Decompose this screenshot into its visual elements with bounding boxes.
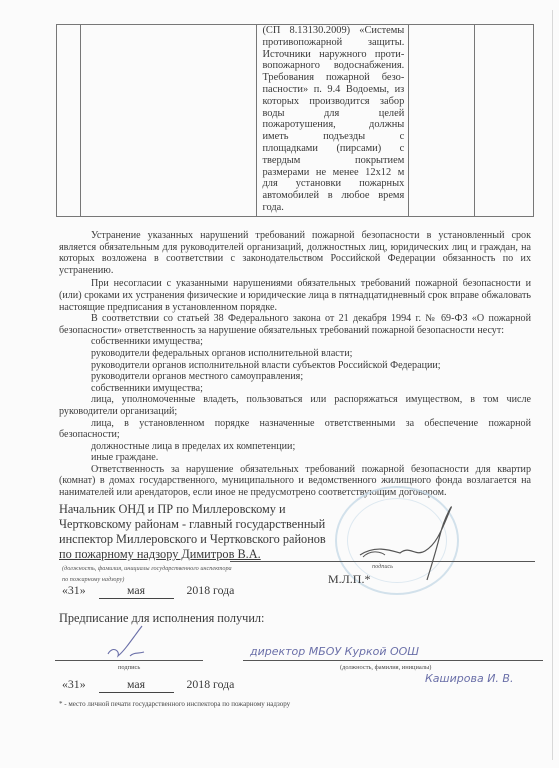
list-item: должностные лица в пределах их компетенц… <box>59 441 531 453</box>
inspector-line: Начальник ОНД и ПР по Миллеровскому и <box>59 502 326 517</box>
inspector-hint: по пожарному надзору) <box>62 576 124 583</box>
responsible-list: собственники имущества;руководители феде… <box>59 336 531 464</box>
violations-table: (СП 8.13130.2009) «Системыпротивопожарно… <box>56 24 534 217</box>
regulation-line: твердым покрытием <box>262 155 404 167</box>
regulation-line: пасности» п. 9.4 Водоемы, из <box>262 84 404 96</box>
cell-regulation: (СП 8.13130.2009) «Системыпротивопожарно… <box>257 25 409 217</box>
list-item: лица, в установленном порядке назначенны… <box>59 418 531 441</box>
list-item: собственники имущества; <box>59 336 531 348</box>
page-edge <box>552 10 553 760</box>
date-month: мая <box>99 583 174 599</box>
list-item: руководители органов исполнительной влас… <box>59 360 531 372</box>
regulation-line: для установки пожарных <box>262 178 404 190</box>
body-text: Устранение указанных нарушений требовани… <box>59 230 531 499</box>
stamp-label: М.Л.П.* <box>328 572 370 587</box>
regulation-line: автомобилей в любое время <box>262 190 404 202</box>
inspector-signature-icon <box>355 495 465 585</box>
regulation-line: иметь подъезды с <box>262 131 404 143</box>
list-item: иные граждане. <box>59 452 531 464</box>
regulation-line: года. <box>262 202 404 214</box>
recipient-heading: Предписание для исполнения получил: <box>59 611 264 626</box>
list-item: собственники имущества; <box>59 383 531 395</box>
regulation-line: пожаротушения, должны <box>262 119 404 131</box>
cell-violation <box>80 25 257 217</box>
regulation-line: противопожарной защиты. <box>262 37 404 49</box>
inspector-line: инспектор Миллеровского и Чертковского р… <box>59 532 326 547</box>
regulation-line: Требования пожарной безо- <box>262 72 404 84</box>
date-day: «31» <box>62 677 86 691</box>
recipient-name: Каширова И. В. <box>425 672 513 685</box>
regulation-line: площадками (пирсами) с <box>262 143 404 155</box>
recipient-signature-icon <box>100 622 160 662</box>
inspector-hint: (должность, фамилия, инициалы государств… <box>62 565 232 572</box>
paragraph-law: В соответствии со статьей 38 Федеральног… <box>59 313 531 336</box>
table-row: (СП 8.13130.2009) «Системыпротивопожарно… <box>57 25 534 217</box>
date-year: 2018 года <box>187 677 235 691</box>
recipient-position: директор МБОУ Куркой ООШ <box>250 645 419 658</box>
regulation-line: Источники наружного проти- <box>262 49 404 61</box>
signature-caption: подпись <box>118 664 140 671</box>
regulation-line: которых производится забор <box>262 96 404 108</box>
paragraph-appeal: При несогласии с указанными нарушениями … <box>59 278 531 313</box>
recipient-signature-line <box>55 660 203 661</box>
regulation-line: размерами не менее 12х12 м <box>262 167 404 179</box>
regulation-line: (СП 8.13130.2009) «Системы <box>262 25 404 37</box>
date-year: 2018 года <box>187 583 235 597</box>
position-caption: (должность, фамилия, инициалы) <box>340 664 431 671</box>
inspector-line: Чертковскому районам - главный государст… <box>59 517 326 532</box>
list-item: руководители органов местного самоуправл… <box>59 371 531 383</box>
inspector-block: Начальник ОНД и ПР по Миллеровскому и Че… <box>59 502 326 562</box>
regulation-line: воды для целей <box>262 108 404 120</box>
list-item: лица, уполномоченные владеть, пользовать… <box>59 394 531 417</box>
recipient-date: «31» мая 2018 года <box>62 677 234 693</box>
list-item: руководители федеральных органов исполни… <box>59 348 531 360</box>
inspector-date: «31» мая 2018 года <box>62 583 234 599</box>
regulation-text: (СП 8.13130.2009) «Системыпротивопожарно… <box>257 25 408 216</box>
paragraph-housing: Ответственность за нарушение обязательны… <box>59 464 531 499</box>
recipient-position-line <box>243 660 543 661</box>
date-day: «31» <box>62 583 86 597</box>
cell-deadline <box>409 25 475 217</box>
regulation-line: вопожарного водоснабжения. <box>262 60 404 72</box>
inspector-name: по пожарному надзору Димитров В.А. <box>59 547 326 562</box>
cell-note <box>475 25 534 217</box>
footnote: * - место личной печати государственного… <box>59 700 290 708</box>
date-month: мая <box>99 677 174 693</box>
cell-number <box>57 25 81 217</box>
paragraph-obligation: Устранение указанных нарушений требовани… <box>59 230 531 276</box>
